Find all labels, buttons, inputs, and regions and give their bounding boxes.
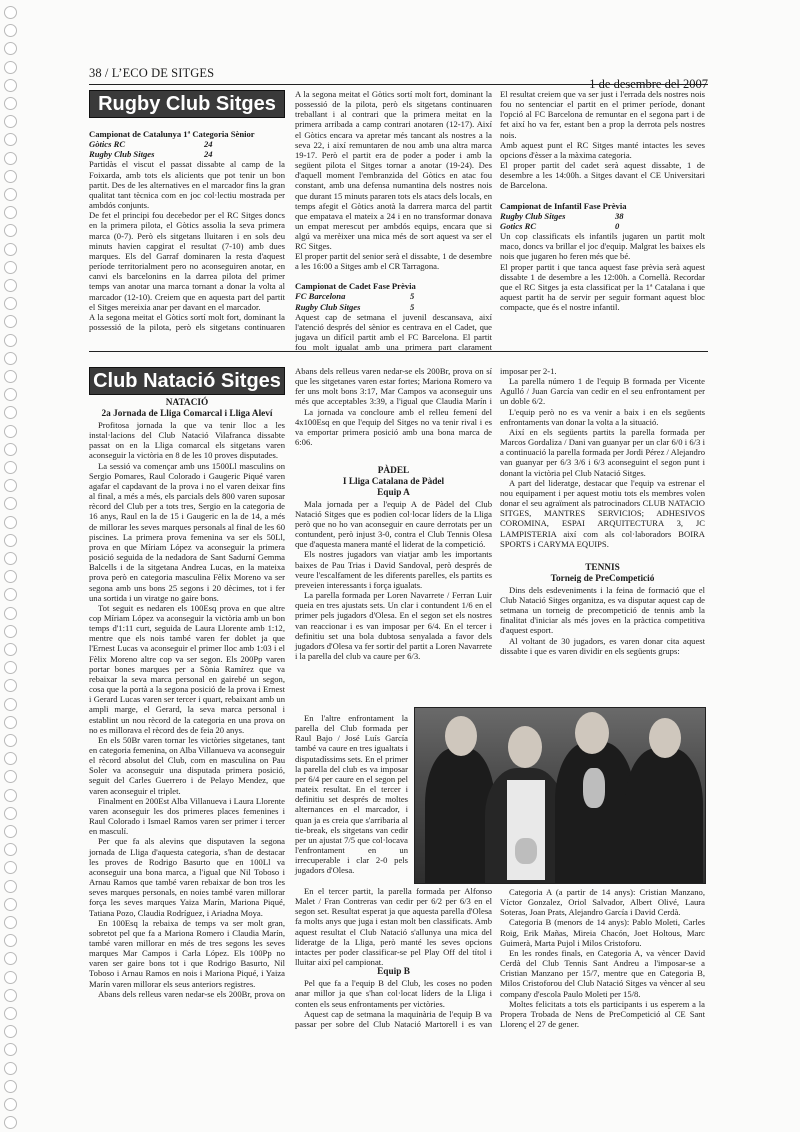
paragraph: Moltes felicitats a tots els participant… xyxy=(500,999,705,1029)
paragraph: Els nostres jugadors van viatjar amb les… xyxy=(295,549,492,590)
binder-hole xyxy=(4,588,17,601)
binder-hole xyxy=(4,934,17,947)
natacio-banner: Club Natació Sitges xyxy=(89,367,285,395)
natacio-column-2-bottom: En el tercer partit, la parella formada … xyxy=(295,886,492,1029)
paragraph: Aquest cap de setmana el juvenil descans… xyxy=(295,312,492,352)
padel-subtitle: I Lliga Catalana de Pàdel xyxy=(295,477,492,488)
binder-hole xyxy=(4,534,17,547)
paragraph: La parella formada per Loren Navarrete /… xyxy=(295,590,492,661)
page-header-publication: 38 / L’ECO DE SITGES xyxy=(89,66,214,81)
score-row: Gòtics RC24 xyxy=(89,139,285,149)
paragraph: El proper partit i que tanca aquest fase… xyxy=(500,262,705,313)
binder-hole xyxy=(4,661,17,674)
binder-hole xyxy=(4,370,17,383)
paragraph: En el tercer partit, la parella formada … xyxy=(295,886,492,967)
rugby-column-1: Campionat de Catalunya 1ª Categoria Sèni… xyxy=(89,129,285,332)
tennis-column-bottom: Categoria A (a partir de 14 anys): Crist… xyxy=(500,887,705,1029)
paragraph: Categoria A (a partir de 14 anys): Crist… xyxy=(500,887,705,917)
binder-hole xyxy=(4,97,17,110)
paragraph: La sessió va començar amb uns 1500Ll mas… xyxy=(89,461,285,603)
binder-hole xyxy=(4,206,17,219)
binder-hole xyxy=(4,1043,17,1056)
paragraph: Abans dels relleus varen nedar-se els 20… xyxy=(89,989,285,999)
natacio-section-title: NATACIÓ xyxy=(89,398,285,409)
paragraph: Per que fa als alevins que disputaven la… xyxy=(89,836,285,917)
binder-hole xyxy=(4,807,17,820)
binder-hole xyxy=(4,479,17,492)
paragraph: Finalment en 200Est Alba Villanueva i La… xyxy=(89,796,285,837)
natacio-column-3: imposar per 2-1. La parella número 1 de … xyxy=(500,366,705,656)
binder-hole xyxy=(4,1116,17,1129)
rugby-banner: Rugby Club Sitges xyxy=(89,90,285,118)
paragraph: La jornada va concloure amb el relleu fe… xyxy=(295,407,492,448)
binder-hole xyxy=(4,79,17,92)
binder-hole xyxy=(4,1080,17,1093)
binder-hole xyxy=(4,1025,17,1038)
binder-hole xyxy=(4,643,17,656)
binder-hole xyxy=(4,989,17,1002)
binder-hole xyxy=(4,843,17,856)
paragraph: Amb aquest punt el RC Sitges manté intac… xyxy=(500,140,705,160)
padel-team-a: Equip A xyxy=(295,488,492,499)
binder-hole xyxy=(4,497,17,510)
rugby-column-2: A la segona meitat el Gòtics sortí molt … xyxy=(295,89,492,352)
binder-hole xyxy=(4,24,17,37)
binder-hole xyxy=(4,880,17,893)
paragraph: De fet el principi fou decebedor per el … xyxy=(89,210,285,312)
binder-hole xyxy=(4,1062,17,1075)
paragraph: L'equip però no es va venir a baix i en … xyxy=(500,407,705,427)
score-row: Rugby Club Sitges24 xyxy=(89,149,285,159)
natacio-column-2: Abans dels relleus varen nedar-se els 20… xyxy=(295,366,492,661)
paragraph: Categoria B (menors de 14 anys): Pablo M… xyxy=(500,917,705,947)
binder-hole xyxy=(4,315,17,328)
binder-hole xyxy=(4,552,17,565)
paragraph: Dins dels esdeveniments i la feina de fo… xyxy=(500,585,705,636)
binder-hole xyxy=(4,1098,17,1111)
binder-hole xyxy=(4,406,17,419)
binder-hole xyxy=(4,224,17,237)
group-photo xyxy=(414,707,706,884)
binder-hole xyxy=(4,698,17,711)
tennis-subtitle: Torneig de PreCompetició xyxy=(500,574,705,585)
binder-hole xyxy=(4,188,17,201)
binder-hole xyxy=(4,716,17,729)
binder-hole xyxy=(4,6,17,19)
binder-hole xyxy=(4,297,17,310)
cadet-title: Campionat de Cadet Fase Prèvia xyxy=(295,281,492,291)
paragraph: El resultat creiem que va ser just i l'e… xyxy=(500,89,705,140)
paragraph: A la segona meitat el Gòtics sortí molt … xyxy=(89,312,285,332)
padel-section-title: PÀDEL xyxy=(295,466,492,477)
rugby-column-3: El resultat creiem que va ser just i l'e… xyxy=(500,89,705,312)
binder-hole xyxy=(4,825,17,838)
infantil-title: Campionat de Infantil Fase Prèvia xyxy=(500,201,705,211)
paragraph: El proper partit del senior serà el diss… xyxy=(295,251,492,271)
binder-hole xyxy=(4,516,17,529)
paragraph: Mala jornada per a l'equip A de Pàdel de… xyxy=(295,499,492,550)
binder-hole xyxy=(4,570,17,583)
binder-hole xyxy=(4,425,17,438)
paragraph: El proper partit del cadet serà aquest d… xyxy=(500,160,705,190)
paragraph: En l'altre enfrontament la parella del C… xyxy=(295,713,408,876)
binder-hole xyxy=(4,352,17,365)
section-rule xyxy=(89,351,708,352)
binder-holes xyxy=(4,0,18,1132)
binder-hole xyxy=(4,861,17,874)
natacio-column-1: NATACIÓ 2a Jornada de Lliga Comarcal i L… xyxy=(89,398,285,999)
binder-hole xyxy=(4,625,17,638)
binder-hole xyxy=(4,898,17,911)
score-row: Rugby Club Sitges5 xyxy=(295,302,492,312)
binder-hole xyxy=(4,261,17,274)
paragraph: A part del lideratge, destacar que l'equ… xyxy=(500,478,705,549)
binder-hole xyxy=(4,243,17,256)
binder-hole xyxy=(4,388,17,401)
binder-hole xyxy=(4,115,17,128)
paragraph: La parella número 1 de l'equip B formada… xyxy=(500,376,705,406)
paragraph: En les rondes finals, en Categoria A, va… xyxy=(500,948,705,999)
score-row: Rugby Club Sitges38 xyxy=(500,211,705,221)
paragraph: Profitosa jornada la que va tenir lloc a… xyxy=(89,420,285,461)
binder-hole xyxy=(4,61,17,74)
binder-hole xyxy=(4,133,17,146)
binder-hole xyxy=(4,279,17,292)
binder-hole xyxy=(4,1007,17,1020)
binder-hole xyxy=(4,679,17,692)
binder-hole xyxy=(4,752,17,765)
binder-hole xyxy=(4,916,17,929)
binder-hole xyxy=(4,770,17,783)
natacio-narrow-column: En l'altre enfrontament la parella del C… xyxy=(295,713,408,876)
binder-hole xyxy=(4,334,17,347)
paragraph: Així en els següents partits la parella … xyxy=(500,427,705,478)
score-row: FC Barcelona5 xyxy=(295,291,492,301)
binder-hole xyxy=(4,42,17,55)
paragraph: Aquest cap de setmana la maquinària de l… xyxy=(295,1009,492,1029)
paragraph: Pel que fa a l'equip B del Club, les cos… xyxy=(295,978,492,1008)
binder-hole xyxy=(4,607,17,620)
tennis-section-title: TENNIS xyxy=(500,563,705,574)
binder-hole xyxy=(4,170,17,183)
paragraph: Al voltant de 30 jugadors, es varen dona… xyxy=(500,636,705,656)
senior-title: Campionat de Catalunya 1ª Categoria Sèni… xyxy=(89,129,285,139)
paragraph: En els 50Br varen tornar les victòries s… xyxy=(89,735,285,796)
paragraph-continued: Abans dels relleus varen nedar-se els 20… xyxy=(295,366,492,407)
score-row: Gotics RC0 xyxy=(500,221,705,231)
binder-hole xyxy=(4,152,17,165)
natacio-subtitle: 2a Jornada de Lliga Comarcal i Lliga Ale… xyxy=(89,409,285,420)
binder-hole xyxy=(4,789,17,802)
paragraph: Un cop classificats els infantils jugare… xyxy=(500,231,705,261)
paragraph: En 100Esq la rebaixa de temps va ser mol… xyxy=(89,918,285,989)
binder-hole xyxy=(4,952,17,965)
paragraph: Partidàs el viscut el passat dissabte al… xyxy=(89,159,285,210)
header-rule xyxy=(89,84,708,85)
paragraph-continued: imposar per 2-1. xyxy=(500,366,705,376)
binder-hole xyxy=(4,971,17,984)
binder-hole xyxy=(4,461,17,474)
binder-hole xyxy=(4,734,17,747)
paragraph: Tot seguit es nedaren els 100Esq prova e… xyxy=(89,603,285,735)
padel-team-b: Equip B xyxy=(295,967,492,978)
paragraph-continued: A la segona meitat el Gòtics sortí molt … xyxy=(295,89,492,251)
binder-hole xyxy=(4,443,17,456)
